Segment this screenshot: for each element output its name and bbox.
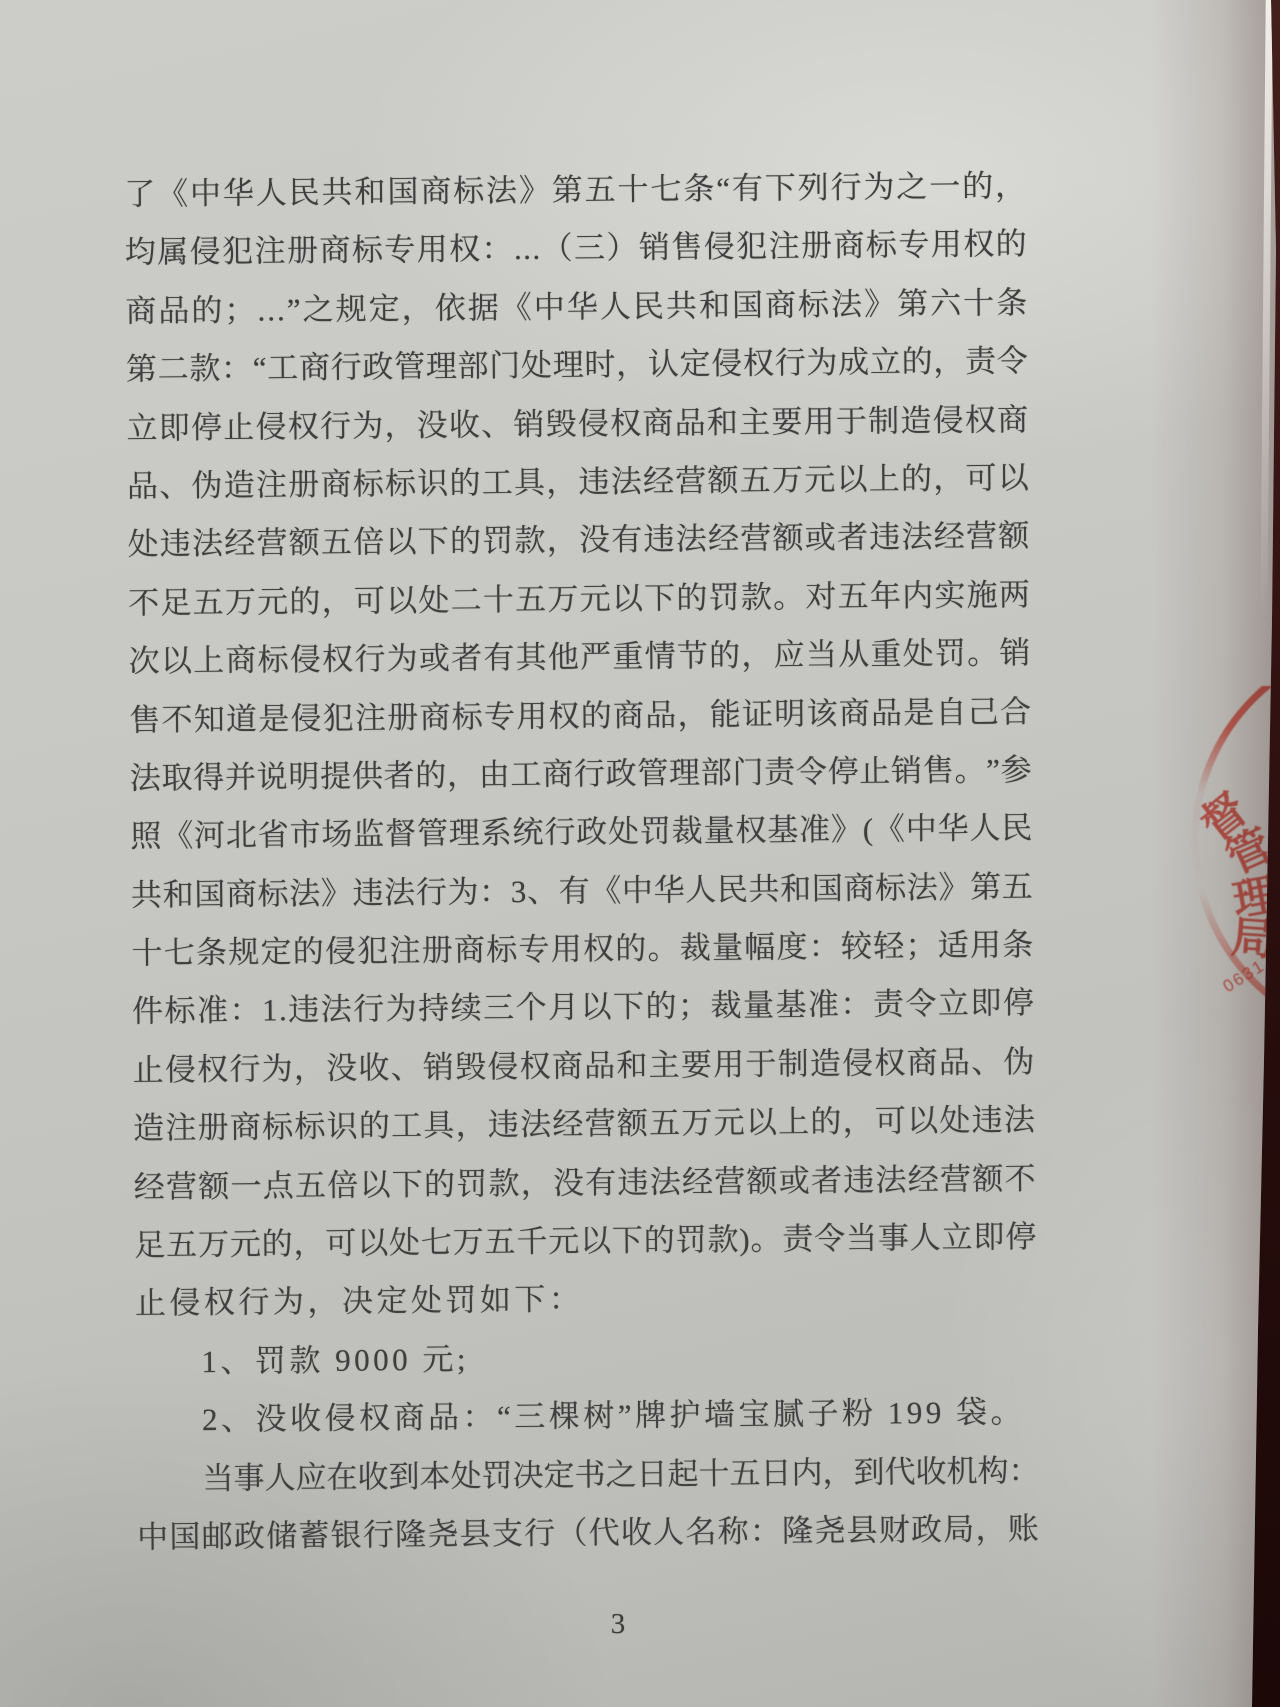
page-number: 3 — [588, 1608, 648, 1641]
text-line: 售不知道是侵犯注册商标专用权的商品，能证明该商品是自己合 — [129, 683, 1032, 750]
text-line: 止侵权行为，没收、销毁侵权商品和主要用于制造侵权商品、伪 — [132, 1033, 1035, 1100]
text-line: 共和国商标法》违法行为：3、有《中华人民共和国商标法》第五 — [131, 858, 1034, 925]
text-line: 处违法经营额五倍以下的罚款，没有违法经营额或者违法经营额 — [127, 507, 1030, 574]
text-line: 第二款：“工商行政管理部门处理时，认定侵权行为成立的，责令 — [126, 332, 1029, 399]
text-line: 照《河北省市场监督管理系统行政处罚裁量权基准》(《中华人民 — [130, 799, 1033, 866]
document-photo: 了《中华人民共和国商标法》第五十七条“有下列行为之一的， 均属侵犯注册商标专用权… — [0, 0, 1280, 1707]
text-line: 十七条规定的侵犯注册商标专用权的。裁量幅度：较轻；适用条 — [131, 916, 1034, 983]
text-line: 法取得并说明提供者的，由工商行政管理部门责令停止销售。”参 — [130, 741, 1033, 808]
text-line: 中国邮政储蓄银行隆尧县支行（代收人名称：隆尧县财政局，账 — [137, 1500, 1040, 1567]
text-line: 了《中华人民共和国商标法》第五十七条“有下列行为之一的， — [124, 157, 1027, 224]
text-line: 造注册商标标识的工具，违法经营额五万元以上的，可以处违法 — [133, 1091, 1036, 1158]
text-line: 均属侵犯注册商标专用权：...（三）销售侵犯注册商标专用权的 — [125, 215, 1028, 282]
text-line: 次以上商标侵权行为或者有其他严重情节的，应当从重处罚。销 — [128, 624, 1031, 691]
paper-edge-shadow — [1150, 0, 1280, 1707]
text-line: 立即停止侵权行为，没收、销毁侵权商品和主要用于制造侵权商 — [126, 391, 1029, 458]
text-line: 经营额一点五倍以下的罚款，没有违法经营额或者违法经营额不 — [133, 1150, 1036, 1217]
penalty-item-fine: 1、罚款 9000 元; — [135, 1325, 1038, 1392]
text-line: 当事人应在收到本处罚决定书之日起十五日内，到代收机构： — [136, 1442, 1039, 1509]
text-line: 足五万元的，可以处七万五千元以下的罚款)。责令当事人立即停 — [134, 1208, 1037, 1275]
penalty-item-confiscation: 2、没收侵权商品：“三棵树”牌护墙宝腻子粉 199 袋。 — [136, 1383, 1039, 1450]
text-line: 品、伪造注册商标标识的工具，违法经营额五万元以上的，可以 — [127, 449, 1030, 516]
text-line: 止侵权行为，决定处罚如下： — [135, 1266, 1038, 1333]
document-page: 了《中华人民共和国商标法》第五十七条“有下列行为之一的， 均属侵犯注册商标专用权… — [0, 0, 1280, 1707]
text-line: 不足五万元的，可以处二十五万元以下的罚款。对五年内实施两 — [128, 566, 1031, 633]
body-text: 了《中华人民共和国商标法》第五十七条“有下列行为之一的， 均属侵犯注册商标专用权… — [124, 157, 1039, 1567]
text-line: 商品的；...”之规定，依据《中华人民共和国商标法》第六十条 — [125, 274, 1028, 341]
text-line: 件标准：1.违法行为持续三个月以下的；裁量基准：责令立即停 — [132, 975, 1035, 1042]
